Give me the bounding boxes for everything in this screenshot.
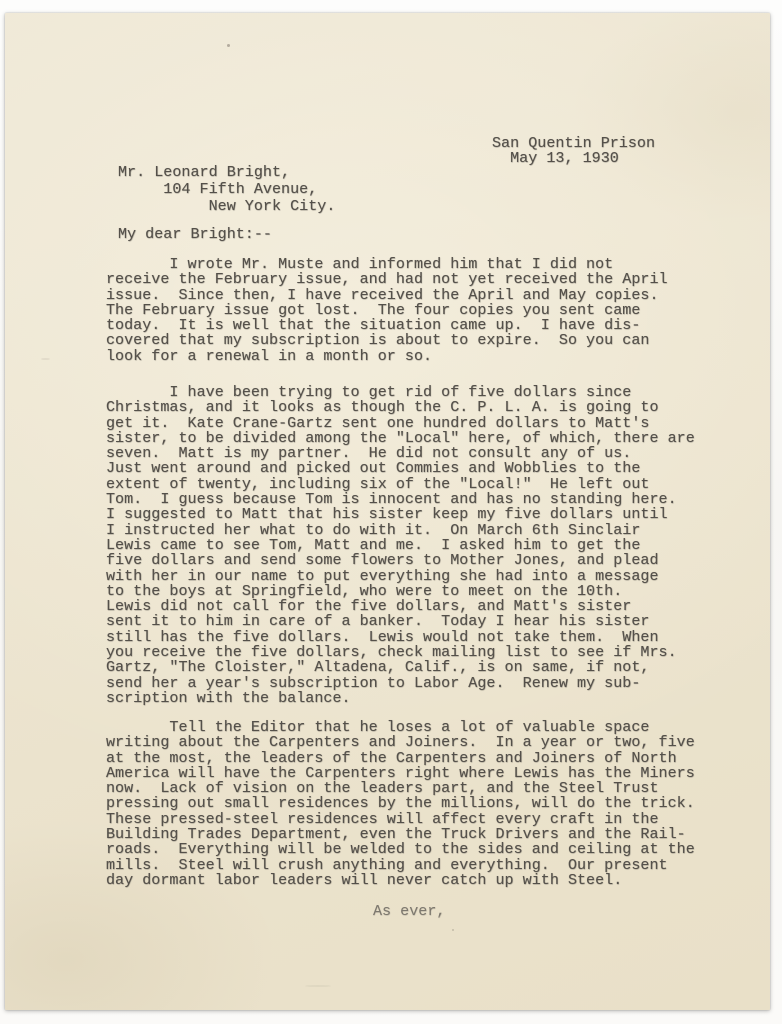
paper-speck [41, 358, 50, 360]
paper-speck [305, 985, 331, 987]
scanned-letter: San Quentin Prison May 13, 1930 Mr. Leon… [0, 0, 782, 1024]
body-paragraph-3: Tell the Editor that he loses a lot of v… [106, 720, 695, 888]
closing-valediction: As ever, [373, 904, 445, 919]
body-paragraph-2: I have been trying to get rid of five do… [106, 385, 695, 706]
salutation: My dear Bright:-- [118, 227, 272, 242]
recipient-address: Mr. Leonard Bright, 104 Fifth Avenue, Ne… [118, 164, 335, 214]
paper-speck [452, 929, 454, 931]
body-paragraph-1: I wrote Mr. Muste and informed him that … [106, 257, 668, 364]
paper-speck [227, 44, 230, 47]
dateline: San Quentin Prison May 13, 1930 [492, 136, 655, 167]
